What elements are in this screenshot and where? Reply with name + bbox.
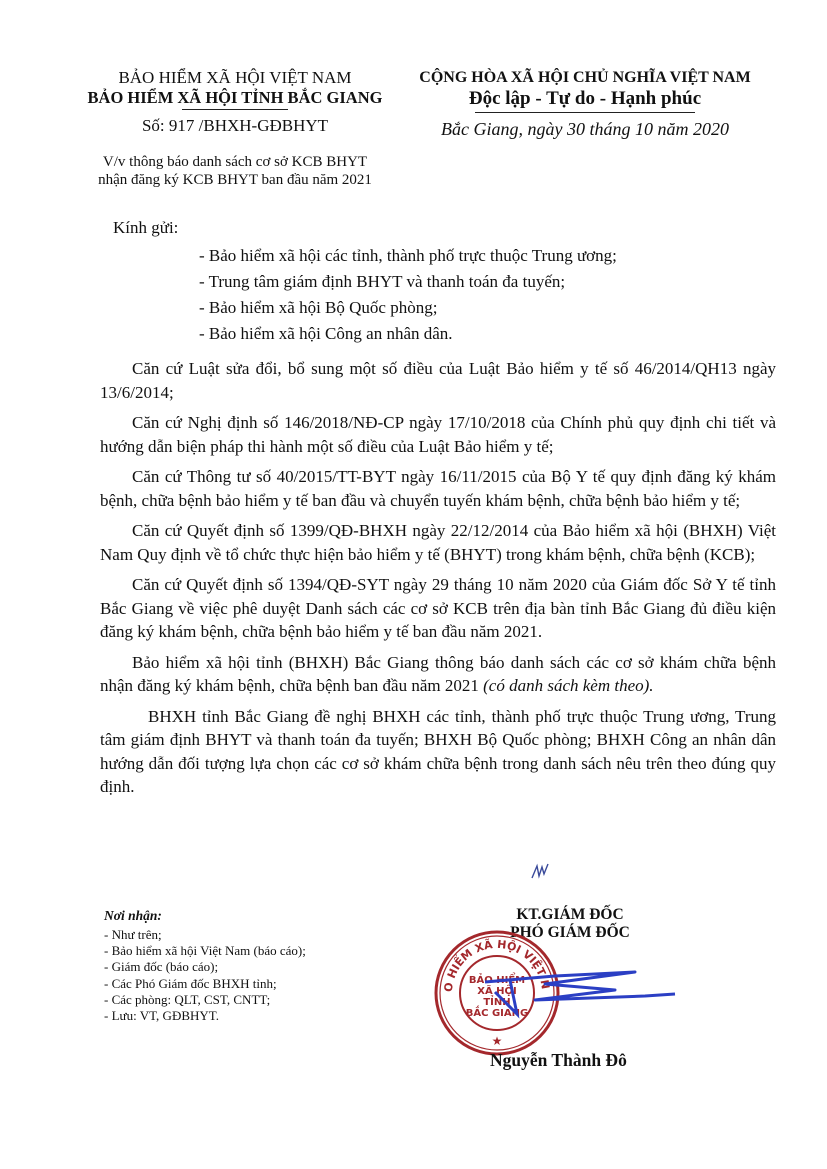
recipient-item: - Bảo hiểm xã hội các tỉnh, thành phố tr… bbox=[199, 243, 617, 269]
issuing-agency-block: BẢO HIỂM XÃ HỘI VIỆT NAM BẢO HIỂM XÃ HỘI… bbox=[60, 68, 410, 189]
legal-basis-paragraph: Căn cứ Quyết định số 1399/QĐ-BHXH ngày 2… bbox=[100, 519, 776, 566]
national-header-block: CỘNG HÒA XÃ HỘI CHỦ NGHĨA VIỆT NAM Độc l… bbox=[395, 68, 775, 140]
receiver-item: - Giám đốc (báo cáo); bbox=[104, 959, 306, 975]
handwritten-signature-icon bbox=[485, 970, 685, 1030]
place-date: Bắc Giang, ngày 30 tháng 10 năm 2020 bbox=[395, 119, 775, 140]
notice-text: Bảo hiểm xã hội tỉnh (BHXH) Bắc Giang th… bbox=[100, 653, 776, 696]
header-rule-left bbox=[182, 109, 288, 110]
receiver-item: - Lưu: VT, GĐBHYT. bbox=[104, 1008, 306, 1024]
initial-mark-icon bbox=[530, 862, 550, 882]
recipient-item: - Bảo hiểm xã hội Bộ Quốc phòng; bbox=[199, 295, 617, 321]
notice-attachment-note: (có danh sách kèm theo). bbox=[483, 676, 653, 695]
recipient-list: - Bảo hiểm xã hội các tỉnh, thành phố tr… bbox=[199, 243, 617, 347]
subject-line: V/v thông báo danh sách cơ sở KCB BHYT n… bbox=[60, 153, 410, 189]
legal-basis-paragraph: Căn cứ Luật sửa đổi, bổ sung một số điều… bbox=[100, 357, 776, 404]
recipient-item: - Trung tâm giám định BHYT và thanh toán… bbox=[199, 269, 617, 295]
receiver-item: - Các phòng: QLT, CST, CNTT; bbox=[104, 992, 306, 1008]
legal-basis-paragraph: Căn cứ Thông tư số 40/2015/TT-BYT ngày 1… bbox=[100, 465, 776, 512]
receiver-item: - Các Phó Giám đốc BHXH tỉnh; bbox=[104, 976, 306, 992]
parent-agency: BẢO HIỂM XÃ HỘI VIỆT NAM bbox=[60, 68, 410, 88]
svg-text:★: ★ bbox=[492, 1034, 503, 1048]
legal-basis-paragraph: Căn cứ Quyết định số 1394/QĐ-SYT ngày 29… bbox=[100, 573, 776, 644]
legal-basis-paragraph: Căn cứ Nghị định số 146/2018/NĐ-CP ngày … bbox=[100, 411, 776, 458]
receivers-block: Nơi nhận: - Như trên; - Bảo hiểm xã hội … bbox=[104, 908, 306, 1024]
signer-name: Nguyễn Thành Đô bbox=[490, 1050, 627, 1071]
national-motto: Độc lập - Tự do - Hạnh phúc bbox=[395, 88, 775, 110]
notice-paragraph: Bảo hiểm xã hội tỉnh (BHXH) Bắc Giang th… bbox=[100, 651, 776, 698]
document-body: Căn cứ Luật sửa đổi, bổ sung một số điều… bbox=[100, 357, 776, 806]
receiver-item: - Như trên; bbox=[104, 927, 306, 943]
recipient-item: - Bảo hiểm xã hội Công an nhân dân. bbox=[199, 321, 617, 347]
signer-authority: KT.GIÁM ĐỐC bbox=[455, 906, 685, 924]
subject-line-2: nhận đăng ký KCB BHYT ban đầu năm 2021 bbox=[60, 171, 410, 189]
receivers-title: Nơi nhận: bbox=[104, 908, 306, 924]
document-number: Số: 917 /BHXH-GĐBHYT bbox=[60, 116, 410, 136]
receiver-item: - Bảo hiểm xã hội Việt Nam (báo cáo); bbox=[104, 943, 306, 959]
nation-title: CỘNG HÒA XÃ HỘI CHỦ NGHĨA VIỆT NAM bbox=[395, 68, 775, 88]
subject-line-1: V/v thông báo danh sách cơ sở KCB BHYT bbox=[60, 153, 410, 171]
greeting: Kính gửi: bbox=[113, 218, 178, 238]
request-paragraph: BHXH tỉnh Bắc Giang đề nghị BHXH các tỉn… bbox=[100, 705, 776, 799]
header-rule-right bbox=[475, 112, 695, 113]
issuing-agency: BẢO HIỂM XÃ HỘI TỈNH BẮC GIANG bbox=[60, 88, 410, 108]
